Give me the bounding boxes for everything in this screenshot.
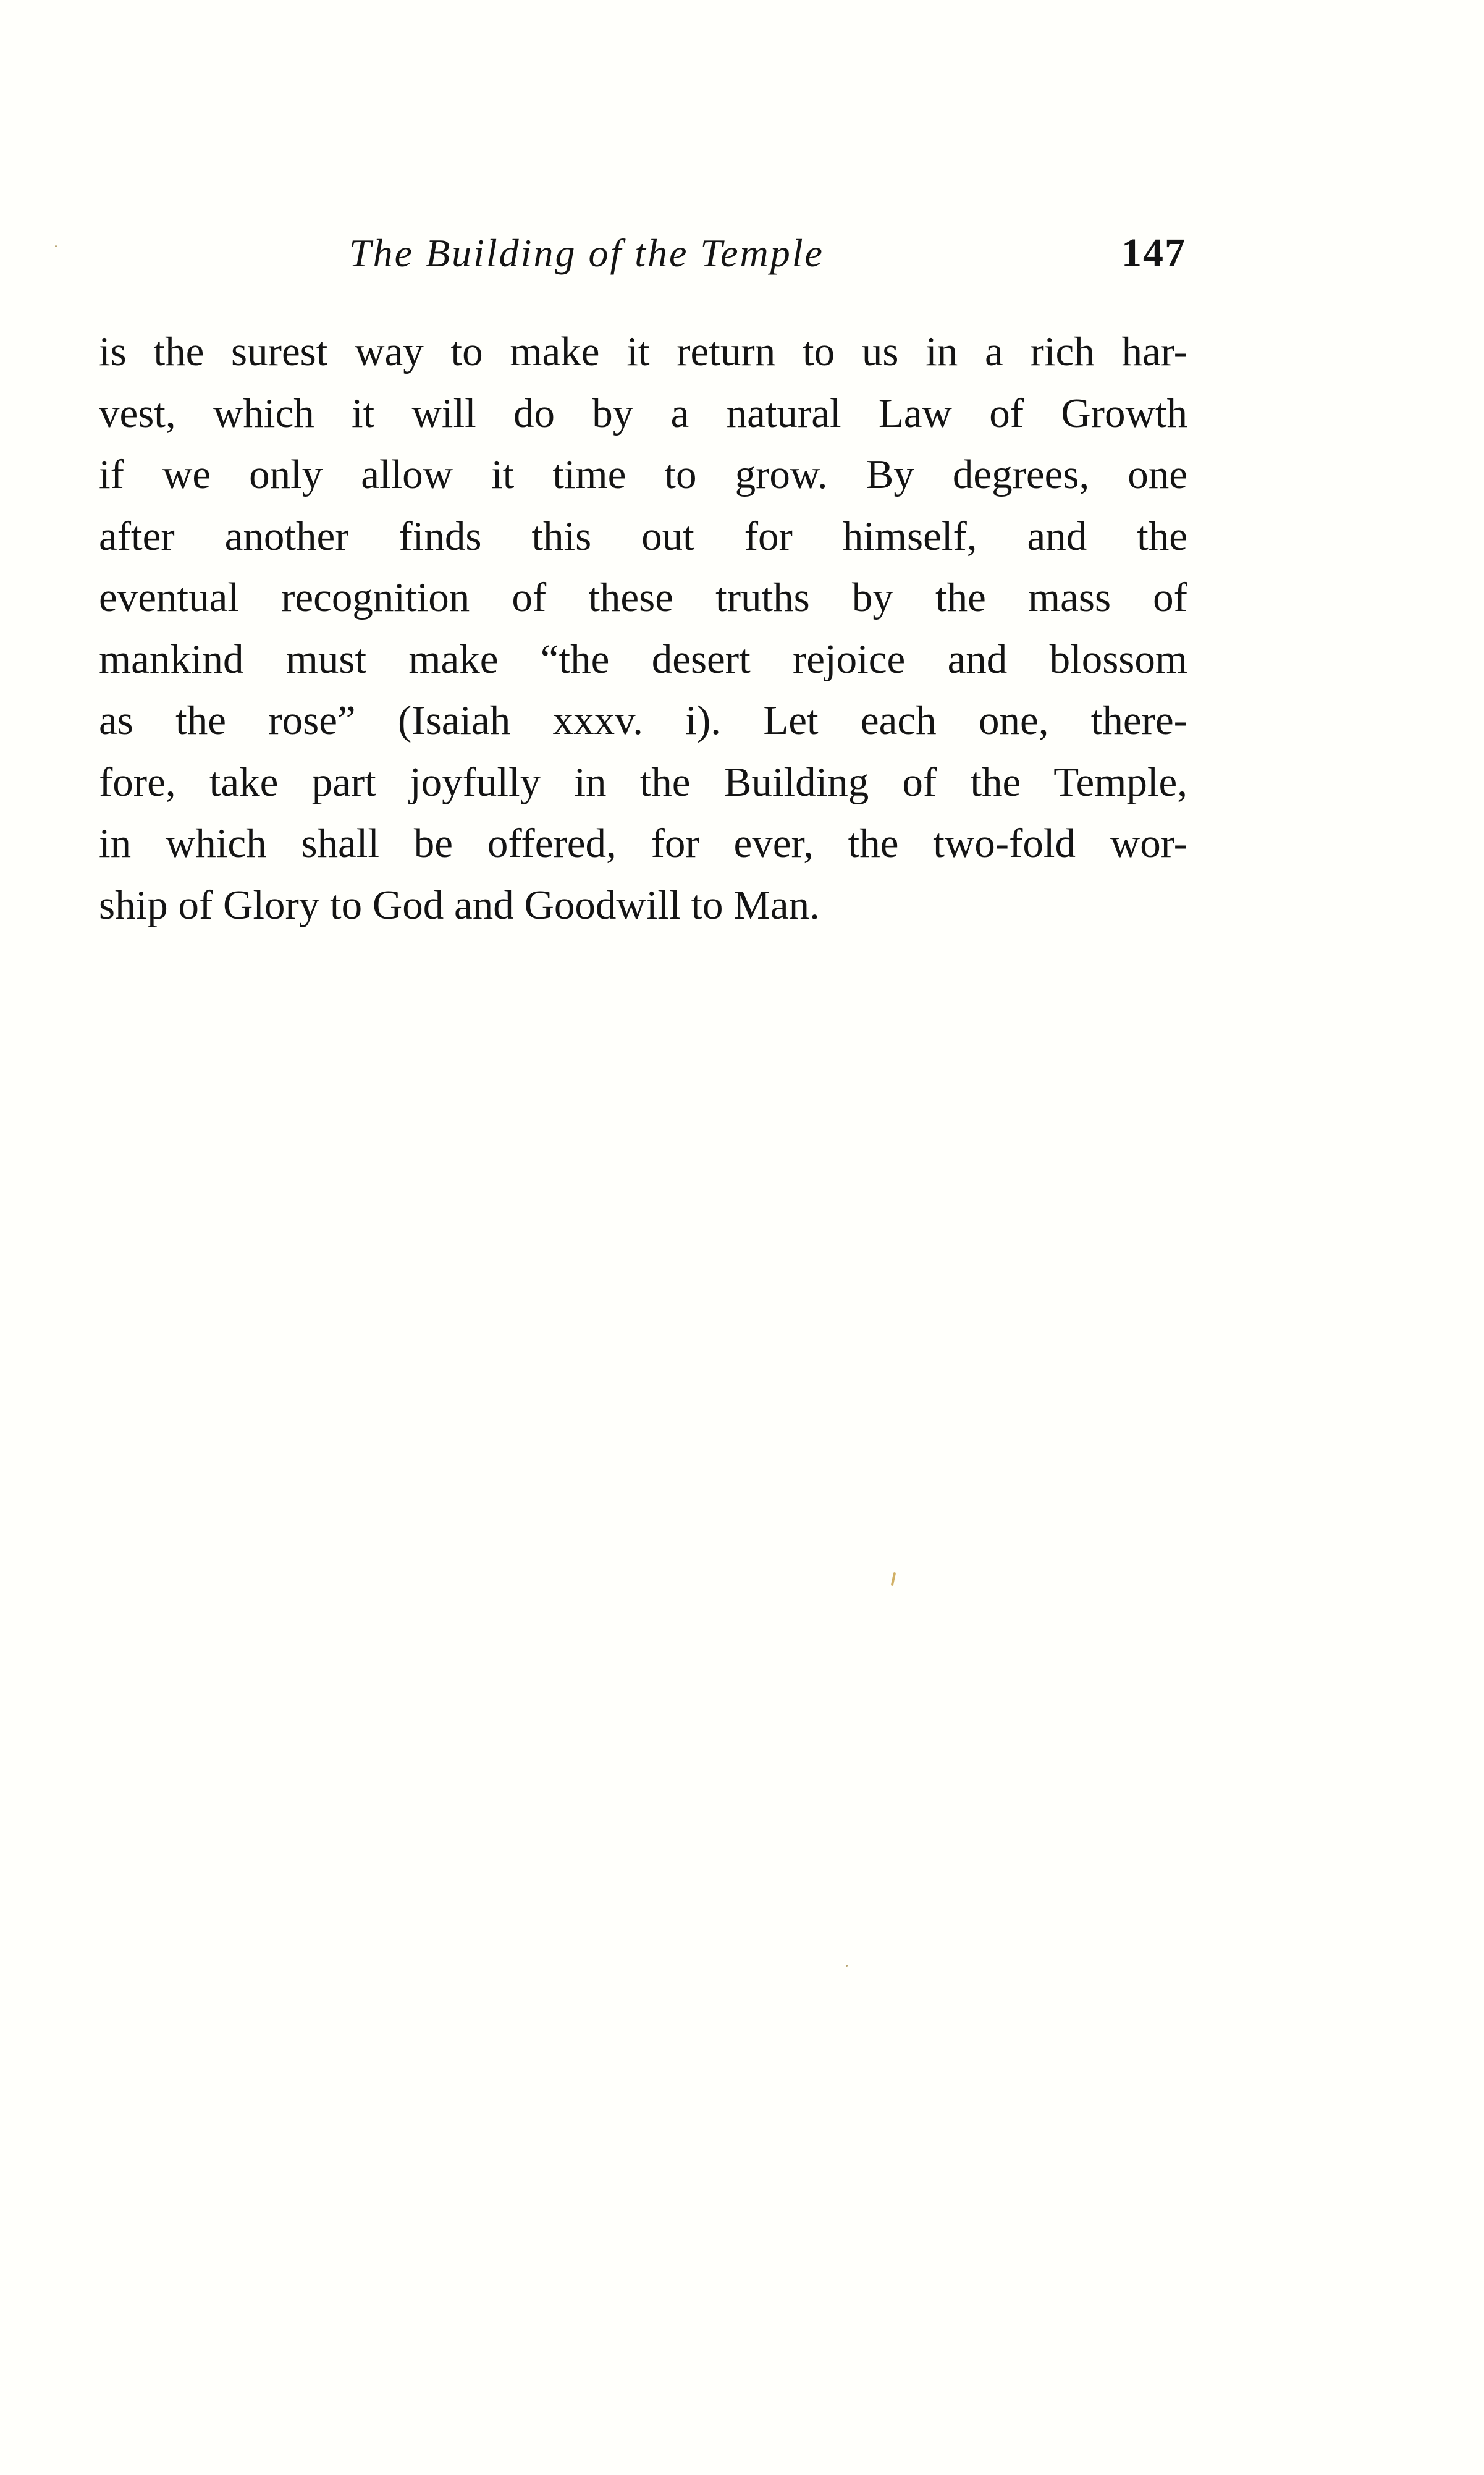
- text-line: fore, take part joyfully in the Building…: [99, 752, 1187, 814]
- text-line: as the rose” (Isaiah xxxv. i). Let each …: [99, 690, 1187, 752]
- text-line: if we only allow it time to grow. By deg…: [99, 444, 1187, 506]
- text-line: mankind must make “the desert rejoice an…: [99, 629, 1187, 691]
- text-line: in which shall be offered, for ever, the…: [99, 813, 1187, 875]
- text-line: after another finds this out for himself…: [99, 506, 1187, 568]
- body-paragraph: is the surest way to make it return to u…: [99, 321, 1187, 936]
- page-number: 147: [1121, 222, 1186, 284]
- scan-speck: [55, 245, 57, 247]
- running-head-title: The Building of the Temple: [349, 222, 824, 284]
- text-line: ship of Glory to God and Goodwill to Man…: [99, 875, 1187, 937]
- running-head: The Building of the Temple 147: [99, 222, 1186, 284]
- scan-speck: [846, 1965, 848, 1967]
- text-line: vest, which it will do by a natural Law …: [99, 383, 1187, 445]
- text-line: eventual recognition of these truths by …: [99, 567, 1187, 629]
- text-line: is the surest way to make it return to u…: [99, 321, 1187, 383]
- scan-speck: [891, 1572, 896, 1586]
- book-page: The Building of the Temple 147 is the su…: [0, 0, 1484, 2475]
